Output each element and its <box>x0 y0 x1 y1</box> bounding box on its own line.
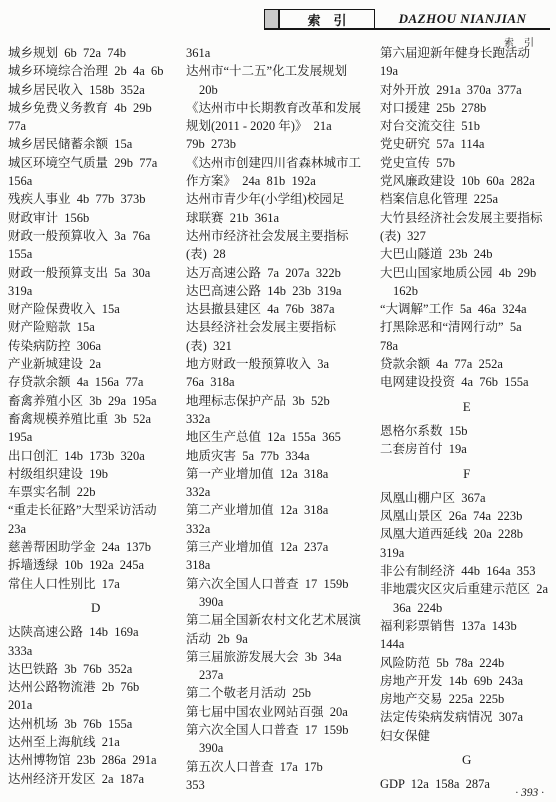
index-entry: 球联赛 21b 361a <box>186 209 378 227</box>
index-entry: 76a 318a <box>186 373 378 391</box>
index-entry: 城乡环境综合治理 2b 4a 6b <box>8 62 184 80</box>
index-entry: 城乡居民储蓄余额 15a <box>8 135 184 153</box>
index-entry: “大调解”工作 5a 46a 324a <box>380 300 554 318</box>
index-entry: 对口援建 25b 278b <box>380 99 554 117</box>
index-entry: 地区生产总值 12a 155a 365 <box>186 428 378 446</box>
index-entry: 贷款余额 4a 77a 252a <box>380 355 554 373</box>
index-entry: 19a <box>380 62 554 80</box>
index-entry: 332a <box>186 520 378 538</box>
index-entry: 传染病防控 306a <box>8 337 184 355</box>
index-entry: 慈善帮困助学金 24a 137b <box>8 538 184 556</box>
index-entry: 162b <box>380 282 554 300</box>
index-entry: 达巴铁路 3b 76b 352a <box>8 660 184 678</box>
index-entry: 《达州市中长期教育改革和发展 <box>186 99 378 117</box>
index-entry: 大竹县经济社会发展主要指标 <box>380 209 554 227</box>
index-entry: 达县撤县建区 4a 76b 387a <box>186 300 378 318</box>
index-entry: 畜禽养殖小区 3b 29a 195a <box>8 392 184 410</box>
index-entry: 361a <box>186 44 378 62</box>
index-entry: 达州经济开发区 2a 187a <box>8 770 184 788</box>
index-entry: 二套房首付 19a <box>380 440 554 458</box>
index-entry: 第七届中国农业网站百强 20a <box>186 703 378 721</box>
index-entry: 城乡规划 6b 72a 74b <box>8 44 184 62</box>
index-entry: 拆墙透绿 10b 192a 245a <box>8 556 184 574</box>
index-entry: 风险防范 5b 78a 224b <box>380 654 554 672</box>
index-entry: 达州市青少年(小学组)校园足 <box>186 190 378 208</box>
index-entry: 319a <box>380 544 554 562</box>
index-entry: 达州至上海航线 21a <box>8 733 184 751</box>
index-entry: 城区环境空气质量 29b 77a <box>8 154 184 172</box>
index-entry: 对台交流交往 51b <box>380 117 554 135</box>
index-entry: 车票实名制 22b <box>8 483 184 501</box>
index-entry: 恩格尔系数 15b <box>380 422 554 440</box>
index-entry: 达州博物馆 23b 286a 291a <box>8 751 184 769</box>
section-letter: E <box>380 398 554 416</box>
index-entry: (表) 327 <box>380 227 554 245</box>
index-entry: 产业新城建设 2a <box>8 355 184 373</box>
index-column-1: 城乡规划 6b 72a 74b城乡环境综合治理 2b 4a 6b城乡居民收入 1… <box>8 44 184 788</box>
index-entry: 存贷款余额 4a 156a 77a <box>8 373 184 391</box>
index-entry: 390a <box>186 593 378 611</box>
section-letter: G <box>380 751 554 769</box>
index-entry: 村级组织建设 19b <box>8 465 184 483</box>
index-entry: 第一产业增加值 12a 318a <box>186 465 378 483</box>
index-entry: “重走长征路”大型采访活动 <box>8 501 184 519</box>
index-entry: 达州公路物流港 2b 76b <box>8 678 184 696</box>
index-entry: 出口创汇 14b 173b 320a <box>8 447 184 465</box>
index-entry: 第二个敬老月活动 25b <box>186 684 378 702</box>
index-entry: 地理标志保护产品 3b 52b <box>186 392 378 410</box>
index-title: 索 引 <box>307 10 346 29</box>
index-entry: 凤凰山景区 26a 74a 223b <box>380 507 554 525</box>
index-entry: 党史研究 57a 114a <box>380 135 554 153</box>
index-entry: 155a <box>8 245 184 263</box>
index-entry: 房地产交易 225a 225b <box>380 690 554 708</box>
section-letter: F <box>380 465 554 483</box>
index-entry: 达巴高速公路 14b 23b 319a <box>186 282 378 300</box>
index-entry: 237a <box>186 666 378 684</box>
index-entry: 畜禽规模养殖比重 3b 52a <box>8 410 184 428</box>
index-entry: 非地震灾区灾后重建示范区 2a <box>380 580 554 598</box>
index-entry: 77a <box>8 117 184 135</box>
index-entry: 福利彩票销售 137a 143b <box>380 617 554 635</box>
header-accent-square <box>264 9 279 28</box>
index-entry: 非公有制经济 44b 164a 353 <box>380 562 554 580</box>
index-entry: 390a <box>186 739 378 757</box>
index-column-3: 第六届迎新年健身长跑活动19a对外开放 291a 370a 377a对口援建 2… <box>380 44 554 794</box>
index-entry: 作方案》 24a 81b 192a <box>186 172 378 190</box>
index-entry: 财产险赔款 15a <box>8 318 184 336</box>
index-entry: 达万高速公路 7a 207a 322b <box>186 264 378 282</box>
index-entry: 电网建设投资 4a 76b 155a <box>380 373 554 391</box>
index-entry: 残疾人事业 4b 77b 373b <box>8 190 184 208</box>
index-entry: 79b 273b <box>186 135 378 153</box>
index-entry: 20b <box>186 81 378 99</box>
index-title-box: 索 引 <box>279 9 375 28</box>
journal-title: DAZHOU NIANJIAN <box>375 9 550 28</box>
index-entry: 达州机场 3b 76b 155a <box>8 715 184 733</box>
index-entry: 第六届迎新年健身长跑活动 <box>380 44 554 62</box>
index-entry: 城乡免费义务教育 4b 29b <box>8 99 184 117</box>
index-entry: 党史宣传 57b <box>380 154 554 172</box>
index-entry: 房地产开发 14b 69b 243a <box>380 672 554 690</box>
index-entry: 第六次全国人口普查 17 159b <box>186 575 378 593</box>
index-entry: 23a <box>8 520 184 538</box>
index-entry: 财产险保费收入 15a <box>8 300 184 318</box>
index-entry: 地方财政一般预算收入 3a <box>186 355 378 373</box>
index-entry: 大巴山国家地质公园 4b 29b <box>380 264 554 282</box>
index-entry: 城乡居民收入 158b 352a <box>8 81 184 99</box>
index-entry: 档案信息化管理 225a <box>380 190 554 208</box>
index-entry: 法定传染病发病情况 307a <box>380 708 554 726</box>
index-entry: 大巴山隧道 23b 24b <box>380 245 554 263</box>
index-entry: 36a 224b <box>380 599 554 617</box>
index-entry: 78a <box>380 337 554 355</box>
index-entry: 332a <box>186 483 378 501</box>
index-entry: 党风廉政建设 10b 60a 282a <box>380 172 554 190</box>
index-entry: 对外开放 291a 370a 377a <box>380 81 554 99</box>
index-entry: 打黑除恶和“清网行动” 5a <box>380 318 554 336</box>
index-entry: 常住人口性别比 17a <box>8 575 184 593</box>
page-header: 索 引 DAZHOU NIANJIAN 索 引 <box>264 9 550 49</box>
index-entry: 财政审计 156b <box>8 209 184 227</box>
index-entry: 第三产业增加值 12a 237a <box>186 538 378 556</box>
index-entry: 达县经济社会发展主要指标 <box>186 318 378 336</box>
index-entry: 332a <box>186 410 378 428</box>
index-entry: 第六次全国人口普查 17 159b <box>186 721 378 739</box>
index-entry: 第二届全国新农村文化艺术展演 <box>186 611 378 629</box>
index-entry: 《达州市创建四川省森林城市工 <box>186 154 378 172</box>
index-entry: 333a <box>8 642 184 660</box>
index-entry: 第二产业增加值 12a 318a <box>186 501 378 519</box>
page-number: · 393 · <box>515 787 544 799</box>
index-entry: 第五次人口普查 17a 17b <box>186 758 378 776</box>
index-entry: 156a <box>8 172 184 190</box>
index-entry: 201a <box>8 696 184 714</box>
index-entry: 达陕高速公路 14b 169a <box>8 623 184 641</box>
index-entry: 财政一般预算支出 5a 30a <box>8 264 184 282</box>
index-entry: 达州市“十二五”化工发展规划 <box>186 62 378 80</box>
section-letter: D <box>8 599 184 617</box>
index-entry: 353 <box>186 776 378 794</box>
index-entry: 规划(2011 - 2020 年)》 21a <box>186 117 378 135</box>
index-entry: 活动 2b 9a <box>186 630 378 648</box>
index-entry: 地质灾害 5a 77b 334a <box>186 447 378 465</box>
index-entry: 318a <box>186 556 378 574</box>
index-entry: 财政一般预算收入 3a 76a <box>8 227 184 245</box>
index-entry: (表) 28 <box>186 245 378 263</box>
index-column-2: 361a达州市“十二五”化工发展规划20b《达州市中长期教育改革和发展规划(20… <box>186 44 378 794</box>
index-entry: 144a <box>380 635 554 653</box>
index-entry: 妇女保健 <box>380 727 554 745</box>
index-entry: 凤凰大道西延线 20a 228b <box>380 525 554 543</box>
index-entry: 达州市经济社会发展主要指标 <box>186 227 378 245</box>
index-entry: 凤凰山棚户区 367a <box>380 489 554 507</box>
index-entry: 195a <box>8 428 184 446</box>
index-entry: 第三届旅游发展大会 3b 34a <box>186 648 378 666</box>
index-entry: 319a <box>8 282 184 300</box>
header-title-bar: 索 引 DAZHOU NIANJIAN <box>264 9 550 30</box>
index-entry: (表) 321 <box>186 337 378 355</box>
